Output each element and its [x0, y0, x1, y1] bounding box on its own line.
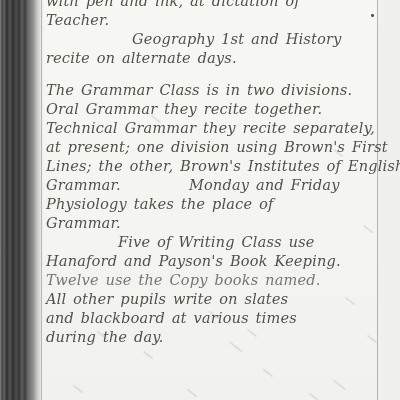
handwriting-line: The Grammar Class is in two divisions. — [46, 82, 390, 101]
handwriting-line: All other pupils write on slates — [46, 291, 390, 310]
handwriting-line: Grammar. — [46, 215, 390, 234]
handwriting-line: with pen and ink, at dictation of — [46, 0, 390, 12]
handwriting-line: and blackboard at various times — [46, 310, 390, 329]
handwriting-line: Oral Grammar they recite together. — [46, 101, 390, 120]
handwriting-line: Geography 1st and History — [46, 31, 390, 50]
handwriting-line: Physiology takes the place of — [46, 196, 390, 215]
handwriting-line: Technical Grammar they recite separately… — [46, 120, 390, 139]
handwriting-line: recite on alternate days. — [46, 50, 390, 69]
handwriting-line: Grammar. Monday and Friday — [46, 177, 390, 196]
handwriting-line: Five of Writing Class use — [46, 234, 390, 253]
pencil-smudge — [73, 385, 84, 394]
scanned-page: with pen and ink, at dictation of Teache… — [0, 0, 400, 400]
handwriting-line: Lines; the other, Brown's Institutes of … — [46, 158, 390, 177]
paragraph-gap — [46, 69, 390, 82]
book-gutter — [0, 0, 44, 400]
pencil-smudge — [143, 351, 154, 360]
pencil-smudge — [263, 369, 274, 378]
handwriting-line: Teacher. — [46, 12, 390, 31]
pencil-smudge — [333, 380, 346, 391]
page-content: with pen and ink, at dictation of Teache… — [46, 0, 390, 348]
book-gutter-edge — [41, 0, 42, 400]
pencil-smudge — [187, 389, 198, 398]
handwriting-line: Hanaford and Payson's Book Keeping. — [46, 253, 390, 272]
pencil-smudge — [309, 393, 320, 400]
handwriting-line: Twelve use the Copy books named. — [46, 272, 390, 291]
